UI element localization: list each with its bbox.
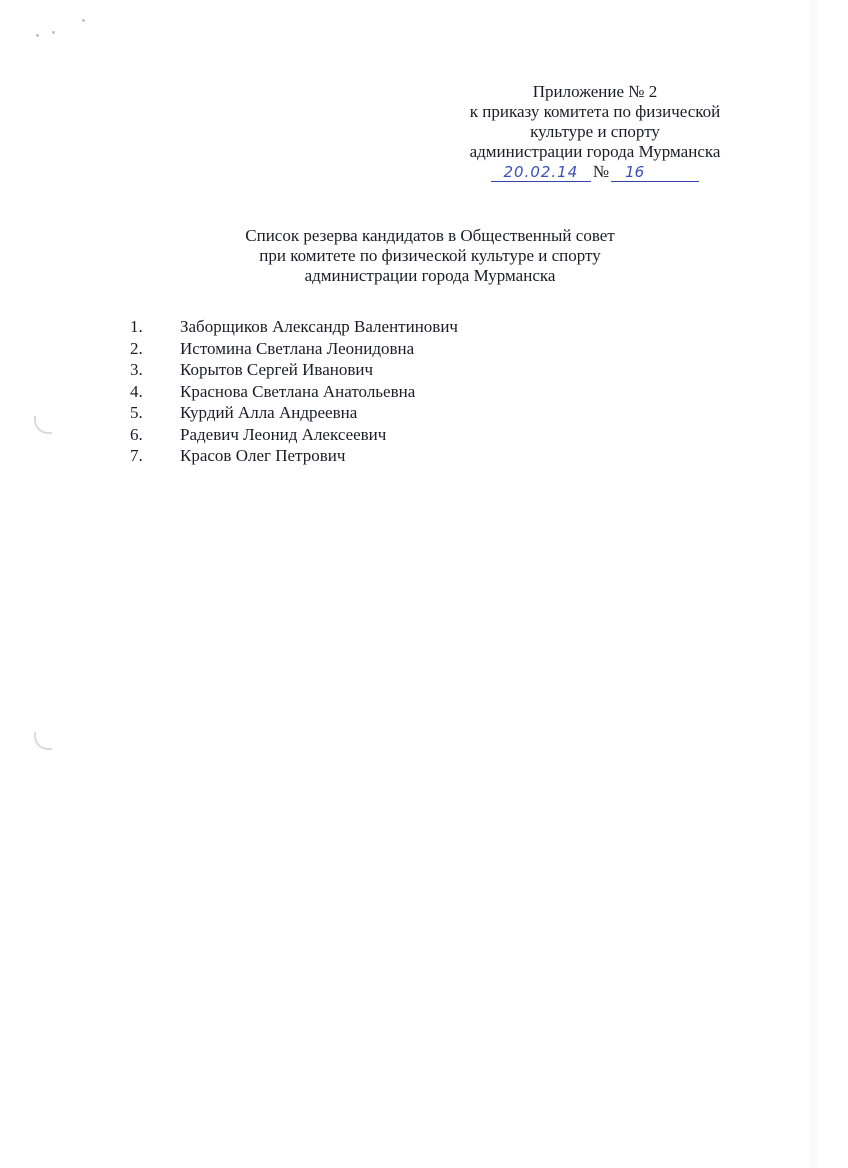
candidate-name: Красов Олег Петрович (180, 445, 345, 467)
item-number: 6. (130, 424, 180, 446)
title-line: при комитете по физической культуре и сп… (160, 246, 700, 266)
appendix-label: Приложение № 2 (430, 82, 760, 102)
scan-edge (810, 0, 818, 1168)
list-item: 2.Истомина Светлана Леонидовна (130, 338, 458, 360)
scan-speck (82, 19, 85, 22)
scan-speck (52, 31, 55, 34)
list-item: 3.Корытов Сергей Иванович (130, 359, 458, 381)
title-line: Список резерва кандидатов в Общественный… (160, 226, 700, 246)
item-number: 3. (130, 359, 180, 381)
list-item: 7.Красов Олег Петрович (130, 445, 458, 467)
order-number: 16 (611, 163, 699, 182)
list-item: 5.Курдий Алла Андреевна (130, 402, 458, 424)
candidate-name: Курдий Алла Андреевна (180, 402, 357, 424)
candidate-list: 1.Заборщиков Александр Валентинович 2.Ис… (130, 316, 458, 467)
list-item: 1.Заборщиков Александр Валентинович (130, 316, 458, 338)
order-reference-line: администрации города Мурманска (430, 142, 760, 162)
item-number: 7. (130, 445, 180, 467)
scan-speck (36, 34, 39, 37)
order-reference-line: культуре и спорту (430, 122, 760, 142)
order-date: 20.02.14 (491, 163, 591, 182)
candidate-name: Заборщиков Александр Валентинович (180, 316, 458, 338)
item-number: 5. (130, 402, 180, 424)
order-reference-line: к приказу комитета по физической (430, 102, 760, 122)
appendix-header: Приложение № 2 к приказу комитета по физ… (430, 82, 760, 182)
number-sign: № (593, 162, 609, 182)
list-item: 4.Краснова Светлана Анатольевна (130, 381, 458, 403)
punch-hole-mark (34, 416, 52, 434)
title-line: администрации города Мурманска (160, 266, 700, 286)
punch-hole-mark (34, 732, 52, 750)
order-date-number: 20.02.14 № 16 (430, 162, 760, 182)
item-number: 1. (130, 316, 180, 338)
list-item: 6.Радевич Леонид Алексеевич (130, 424, 458, 446)
candidate-name: Корытов Сергей Иванович (180, 359, 373, 381)
item-number: 4. (130, 381, 180, 403)
candidate-name: Радевич Леонид Алексеевич (180, 424, 386, 446)
candidate-name: Краснова Светлана Анатольевна (180, 381, 415, 403)
item-number: 2. (130, 338, 180, 360)
candidate-name: Истомина Светлана Леонидовна (180, 338, 414, 360)
document-title: Список резерва кандидатов в Общественный… (160, 226, 700, 286)
